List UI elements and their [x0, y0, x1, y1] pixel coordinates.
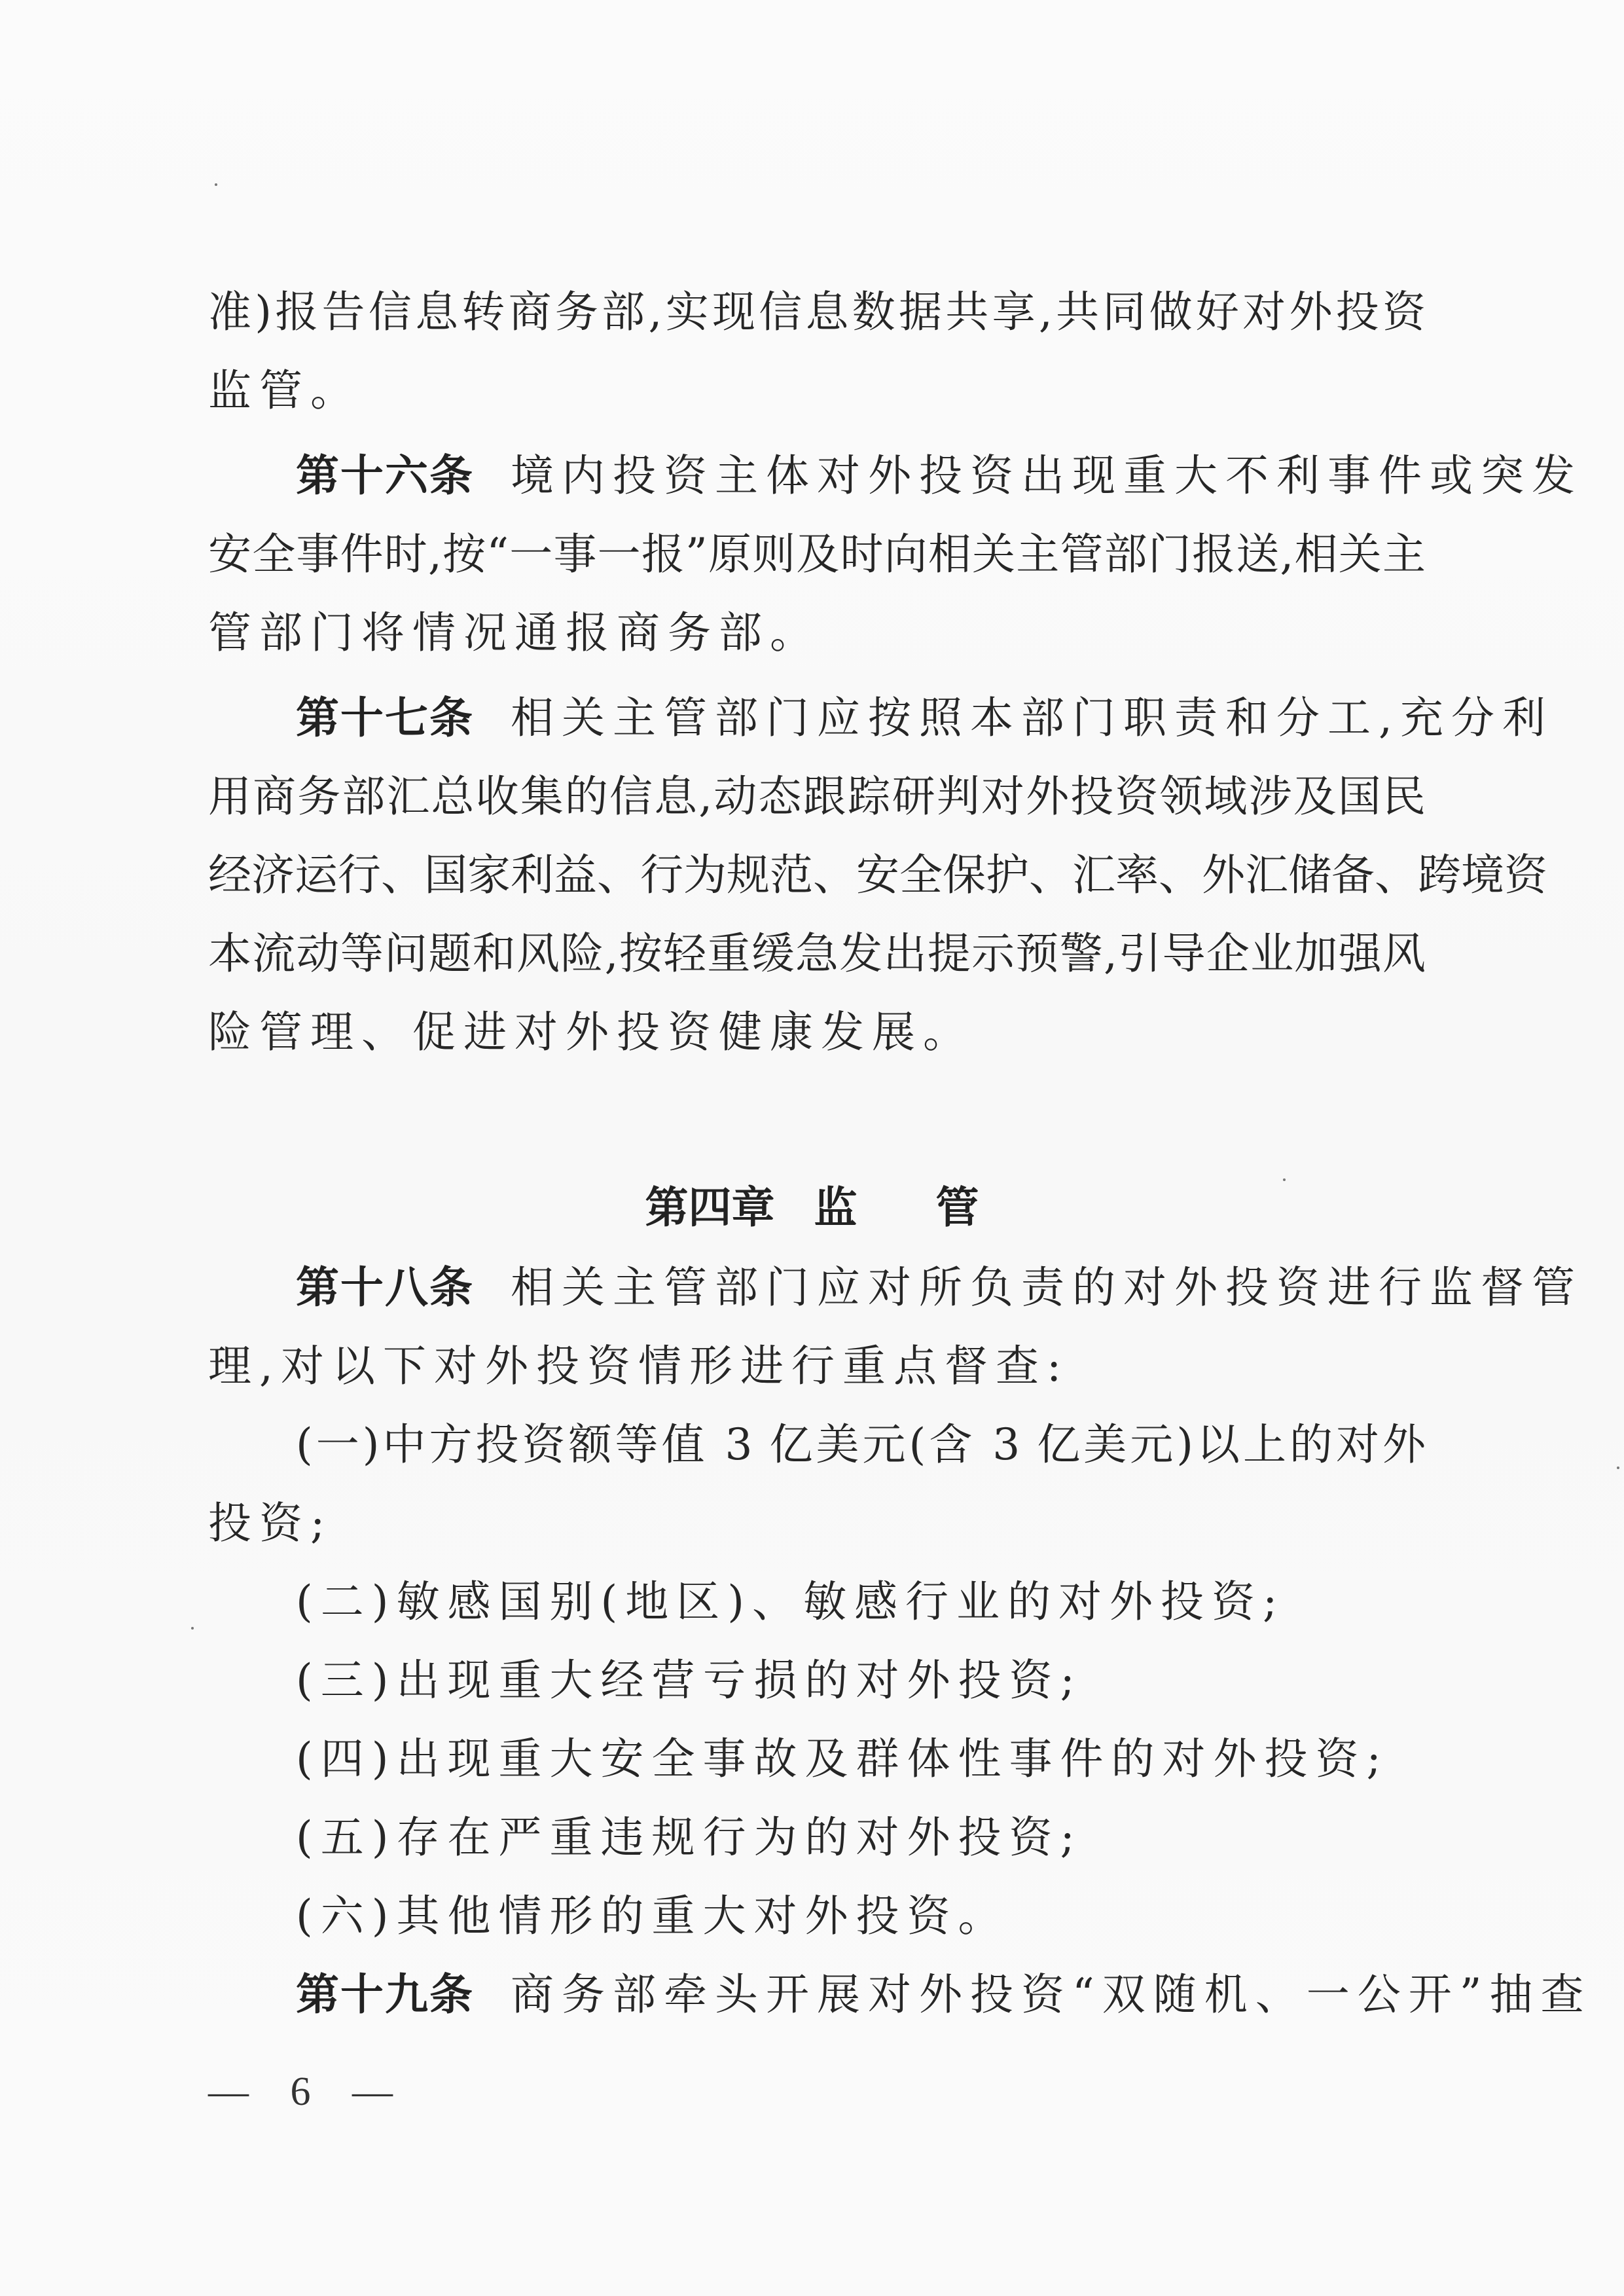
article-17-text: 相关主管部门应按照本部门职责和分工,充分利 [511, 693, 1553, 743]
article-17-label: 第十七条 [296, 693, 474, 743]
scan-speck [215, 183, 217, 186]
chapter-number: 第四章 [645, 1182, 775, 1233]
scan-speck [1617, 1467, 1619, 1469]
article-16-line-3: 管部门将情况通报商务部。 [208, 604, 1426, 663]
article-18-line-2: 理,对以下对外投资情形进行重点督查: [208, 1337, 1426, 1396]
article-16-line-2: 安全事件时,按“一事一报”原则及时向相关主管部门报送,相关主 [208, 525, 1426, 584]
document-page: 准)报告信息转商务部,实现信息数据共享,共同做好对外投资 监管。 第十六条境内投… [0, 0, 1624, 2296]
article-19-text: 商务部牵头开展对外投资“双随机、一公开”抽查 [511, 1969, 1591, 2020]
article-19-line-1: 第十九条商务部牵头开展对外投资“双随机、一公开”抽查 [296, 1965, 1426, 2024]
list-item-6: (六)其他情形的重大对外投资。 [296, 1887, 1426, 1946]
list-item-2: (二)敏感国别(地区)、敏感行业的对外投资; [296, 1573, 1426, 1631]
paragraph-line: 准)报告信息转商务部,实现信息数据共享,共同做好对外投资 [208, 283, 1426, 342]
article-16-text: 境内投资主体对外投资出现重大不利事件或突发 [511, 450, 1583, 501]
list-item-1-line-2: 投资; [208, 1494, 1426, 1553]
article-16-label: 第十六条 [296, 450, 474, 501]
scan-speck [191, 1627, 194, 1630]
page-number: — 6 — [208, 2062, 408, 2121]
article-17-line-2: 用商务部汇总收集的信息,动态跟踪研判对外投资领域涉及国民 [208, 767, 1426, 826]
chapter-title: 第四章监管 [0, 1178, 1624, 1237]
chapter-name-char-2: 管 [936, 1182, 979, 1233]
list-item-1-line-1: (一)中方投资额等值 3 亿美元(含 3 亿美元)以上的对外 [296, 1415, 1426, 1474]
article-17-line-4: 本流动等问题和风险,按轻重缓急发出提示预警,引导企业加强风 [208, 924, 1426, 983]
article-19-label: 第十九条 [296, 1969, 474, 2020]
article-16-line-1: 第十六条境内投资主体对外投资出现重大不利事件或突发 [296, 446, 1426, 505]
article-18-text: 相关主管部门应对所负责的对外投资进行监督管 [511, 1262, 1583, 1313]
scan-speck [1283, 1178, 1286, 1181]
paragraph-line: 监管。 [208, 361, 1426, 420]
article-17-line-5: 险管理、促进对外投资健康发展。 [208, 1003, 1426, 1062]
article-18-line-1: 第十八条相关主管部门应对所负责的对外投资进行监督管 [296, 1258, 1426, 1317]
article-17-line-1: 第十七条相关主管部门应按照本部门职责和分工,充分利 [296, 689, 1426, 748]
chapter-name-char-1: 监 [814, 1182, 857, 1233]
list-item-4: (四)出现重大安全事故及群体性事件的对外投资; [296, 1730, 1426, 1789]
list-item-3: (三)出现重大经营亏损的对外投资; [296, 1651, 1426, 1710]
article-17-line-3: 经济运行、国家利益、行为规范、安全保护、汇率、外汇储备、跨境资 [208, 846, 1426, 905]
list-item-5: (五)存在严重违规行为的对外投资; [296, 1808, 1426, 1867]
article-18-label: 第十八条 [296, 1262, 474, 1313]
